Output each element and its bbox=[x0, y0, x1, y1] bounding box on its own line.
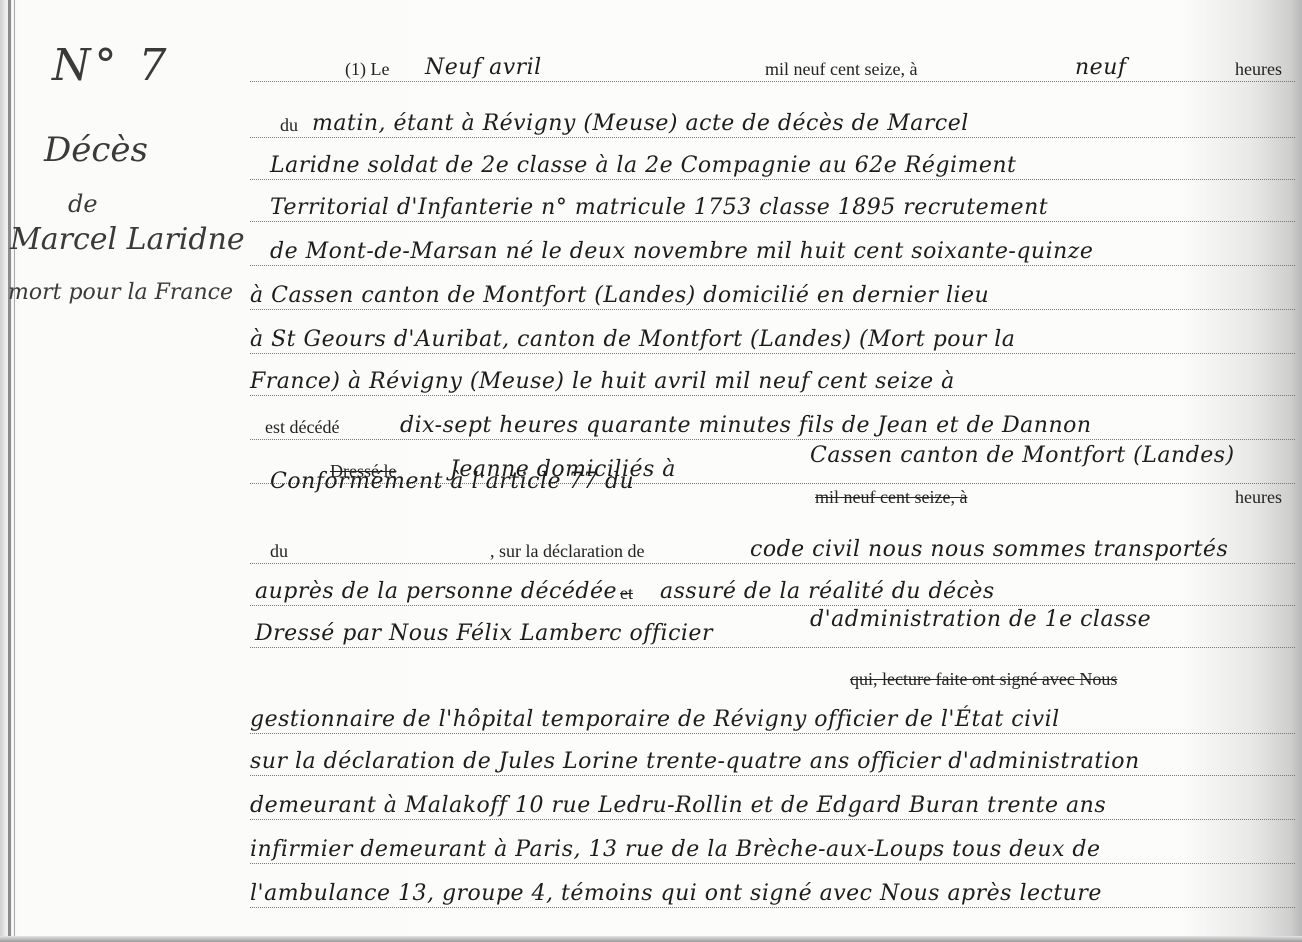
act-type: Décès bbox=[44, 130, 148, 170]
handwritten-text: matin, étant à Révigny (Meuse) acte de d… bbox=[312, 111, 969, 136]
printed-text: heures bbox=[1235, 487, 1282, 508]
dotted-rule bbox=[250, 819, 1295, 820]
printed-text: mil neuf cent seize, à bbox=[815, 487, 967, 508]
printed-text: (1) Le bbox=[345, 59, 389, 80]
text-line: à St Geours d'Auribat, canton de Montfor… bbox=[250, 320, 1295, 360]
dotted-rule bbox=[250, 605, 1295, 606]
handwritten-text: d'administration de 1e classe bbox=[810, 607, 1151, 632]
handwritten-text: neuf bbox=[1075, 55, 1127, 80]
handwritten-text: gestionnaire de l'hôpital temporaire de … bbox=[250, 707, 1060, 732]
handwritten-text: l'ambulance 13, groupe 4, témoins qui on… bbox=[250, 881, 1102, 906]
printed-text: heures bbox=[1235, 59, 1282, 80]
handwritten-text: Laridne soldat de 2e classe à la 2e Comp… bbox=[270, 153, 1016, 178]
handwritten-text: France) à Révigny (Meuse) le huit avril … bbox=[250, 369, 955, 394]
deceased-name: Marcel Laridne bbox=[10, 222, 245, 257]
handwritten-text: assuré de la réalité du décès bbox=[660, 579, 995, 604]
printed-text: est décédé bbox=[265, 417, 339, 438]
printed-text: mil neuf cent seize, à bbox=[765, 59, 917, 80]
text-line: infirmier demeurant à Paris, 13 rue de l… bbox=[250, 830, 1295, 870]
handwritten-text: Neuf avril bbox=[425, 55, 542, 80]
text-line: dumatin, étant à Révigny (Meuse) acte de… bbox=[250, 104, 1295, 144]
text-line: qui, lecture faite ont signé avec Nous bbox=[250, 658, 1295, 698]
printed-text: qui, lecture faite ont signé avec Nous bbox=[850, 669, 1117, 690]
dotted-rule bbox=[250, 137, 1295, 138]
handwritten-text: à Cassen canton de Montfort (Landes) dom… bbox=[250, 283, 989, 308]
handwritten-text: auprès de la personne décédée bbox=[255, 579, 617, 604]
handwritten-text: dix-sept heures quarante minutes fils de… bbox=[400, 413, 1092, 438]
margin-de: de bbox=[68, 190, 98, 218]
act-number: N° 7 bbox=[52, 40, 170, 91]
text-line: demeurant à Malakoff 10 rue Ledru-Rollin… bbox=[250, 786, 1295, 826]
text-line: est décédédix-sept heures quarante minut… bbox=[250, 406, 1295, 446]
printed-text: et bbox=[620, 583, 633, 604]
handwritten-text: demeurant à Malakoff 10 rue Ledru-Rollin… bbox=[250, 793, 1106, 818]
dotted-rule bbox=[250, 221, 1295, 222]
dotted-rule bbox=[250, 81, 1295, 82]
dotted-rule bbox=[250, 395, 1295, 396]
text-line: Dressé par Nous Félix Lamberc officierd'… bbox=[250, 614, 1295, 654]
page-bottom-edge bbox=[0, 936, 1302, 942]
handwritten-text: à St Geours d'Auribat, canton de Montfor… bbox=[250, 327, 1015, 352]
handwritten-text: de Mont-de-Marsan né le deux novembre mi… bbox=[270, 239, 1093, 264]
handwritten-text: Dressé par Nous Félix Lamberc officier bbox=[255, 621, 713, 646]
dotted-rule bbox=[250, 439, 1295, 440]
text-line: Territorial d'Infanterie n° matricule 17… bbox=[250, 188, 1295, 228]
register-page: N° 7 Décès de Marcel Laridne mort pour l… bbox=[0, 0, 1302, 942]
dotted-rule bbox=[250, 733, 1295, 734]
handwritten-text: Conformément à l'article 77 du bbox=[270, 469, 634, 494]
dotted-rule bbox=[250, 353, 1295, 354]
mention-mort-pour-la-france: mort pour la France bbox=[8, 280, 233, 305]
text-line: sur la déclaration de Jules Lorine trent… bbox=[250, 742, 1295, 782]
dotted-rule bbox=[250, 309, 1295, 310]
page-border-inner bbox=[14, 0, 15, 942]
dotted-rule bbox=[250, 563, 1295, 564]
page-border bbox=[8, 0, 11, 942]
text-line: Laridne soldat de 2e classe à la 2e Comp… bbox=[250, 146, 1295, 186]
printed-text: , sur la déclaration de bbox=[490, 541, 644, 562]
dotted-rule bbox=[250, 775, 1295, 776]
text-line: Conformément à l'article 77 dumil neuf c… bbox=[250, 476, 1295, 516]
text-line: (1) LeNeuf avrilmil neuf cent seize, àne… bbox=[250, 48, 1295, 88]
handwritten-text: infirmier demeurant à Paris, 13 rue de l… bbox=[250, 837, 1101, 862]
text-line: auprès de la personne décédéeetassuré de… bbox=[250, 572, 1295, 612]
handwritten-text: sur la déclaration de Jules Lorine trent… bbox=[250, 749, 1140, 774]
handwritten-text: Territorial d'Infanterie n° matricule 17… bbox=[270, 195, 1048, 220]
printed-text: du bbox=[280, 115, 298, 136]
dotted-rule bbox=[250, 647, 1295, 648]
dotted-rule bbox=[250, 265, 1295, 266]
dotted-rule bbox=[250, 179, 1295, 180]
printed-text: du bbox=[270, 541, 288, 562]
text-line: à Cassen canton de Montfort (Landes) dom… bbox=[250, 276, 1295, 316]
handwritten-text: code civil nous nous sommes transportés bbox=[750, 537, 1228, 562]
dotted-rule bbox=[250, 863, 1295, 864]
text-line: France) à Révigny (Meuse) le huit avril … bbox=[250, 362, 1295, 402]
handwritten-text: Cassen canton de Montfort (Landes) bbox=[810, 443, 1235, 468]
text-line: de Mont-de-Marsan né le deux novembre mi… bbox=[250, 232, 1295, 272]
dotted-rule bbox=[250, 907, 1295, 908]
text-line: l'ambulance 13, groupe 4, témoins qui on… bbox=[250, 874, 1295, 914]
text-line: du, sur la déclaration decode civil nous… bbox=[250, 530, 1295, 570]
text-line: gestionnaire de l'hôpital temporaire de … bbox=[250, 700, 1295, 740]
